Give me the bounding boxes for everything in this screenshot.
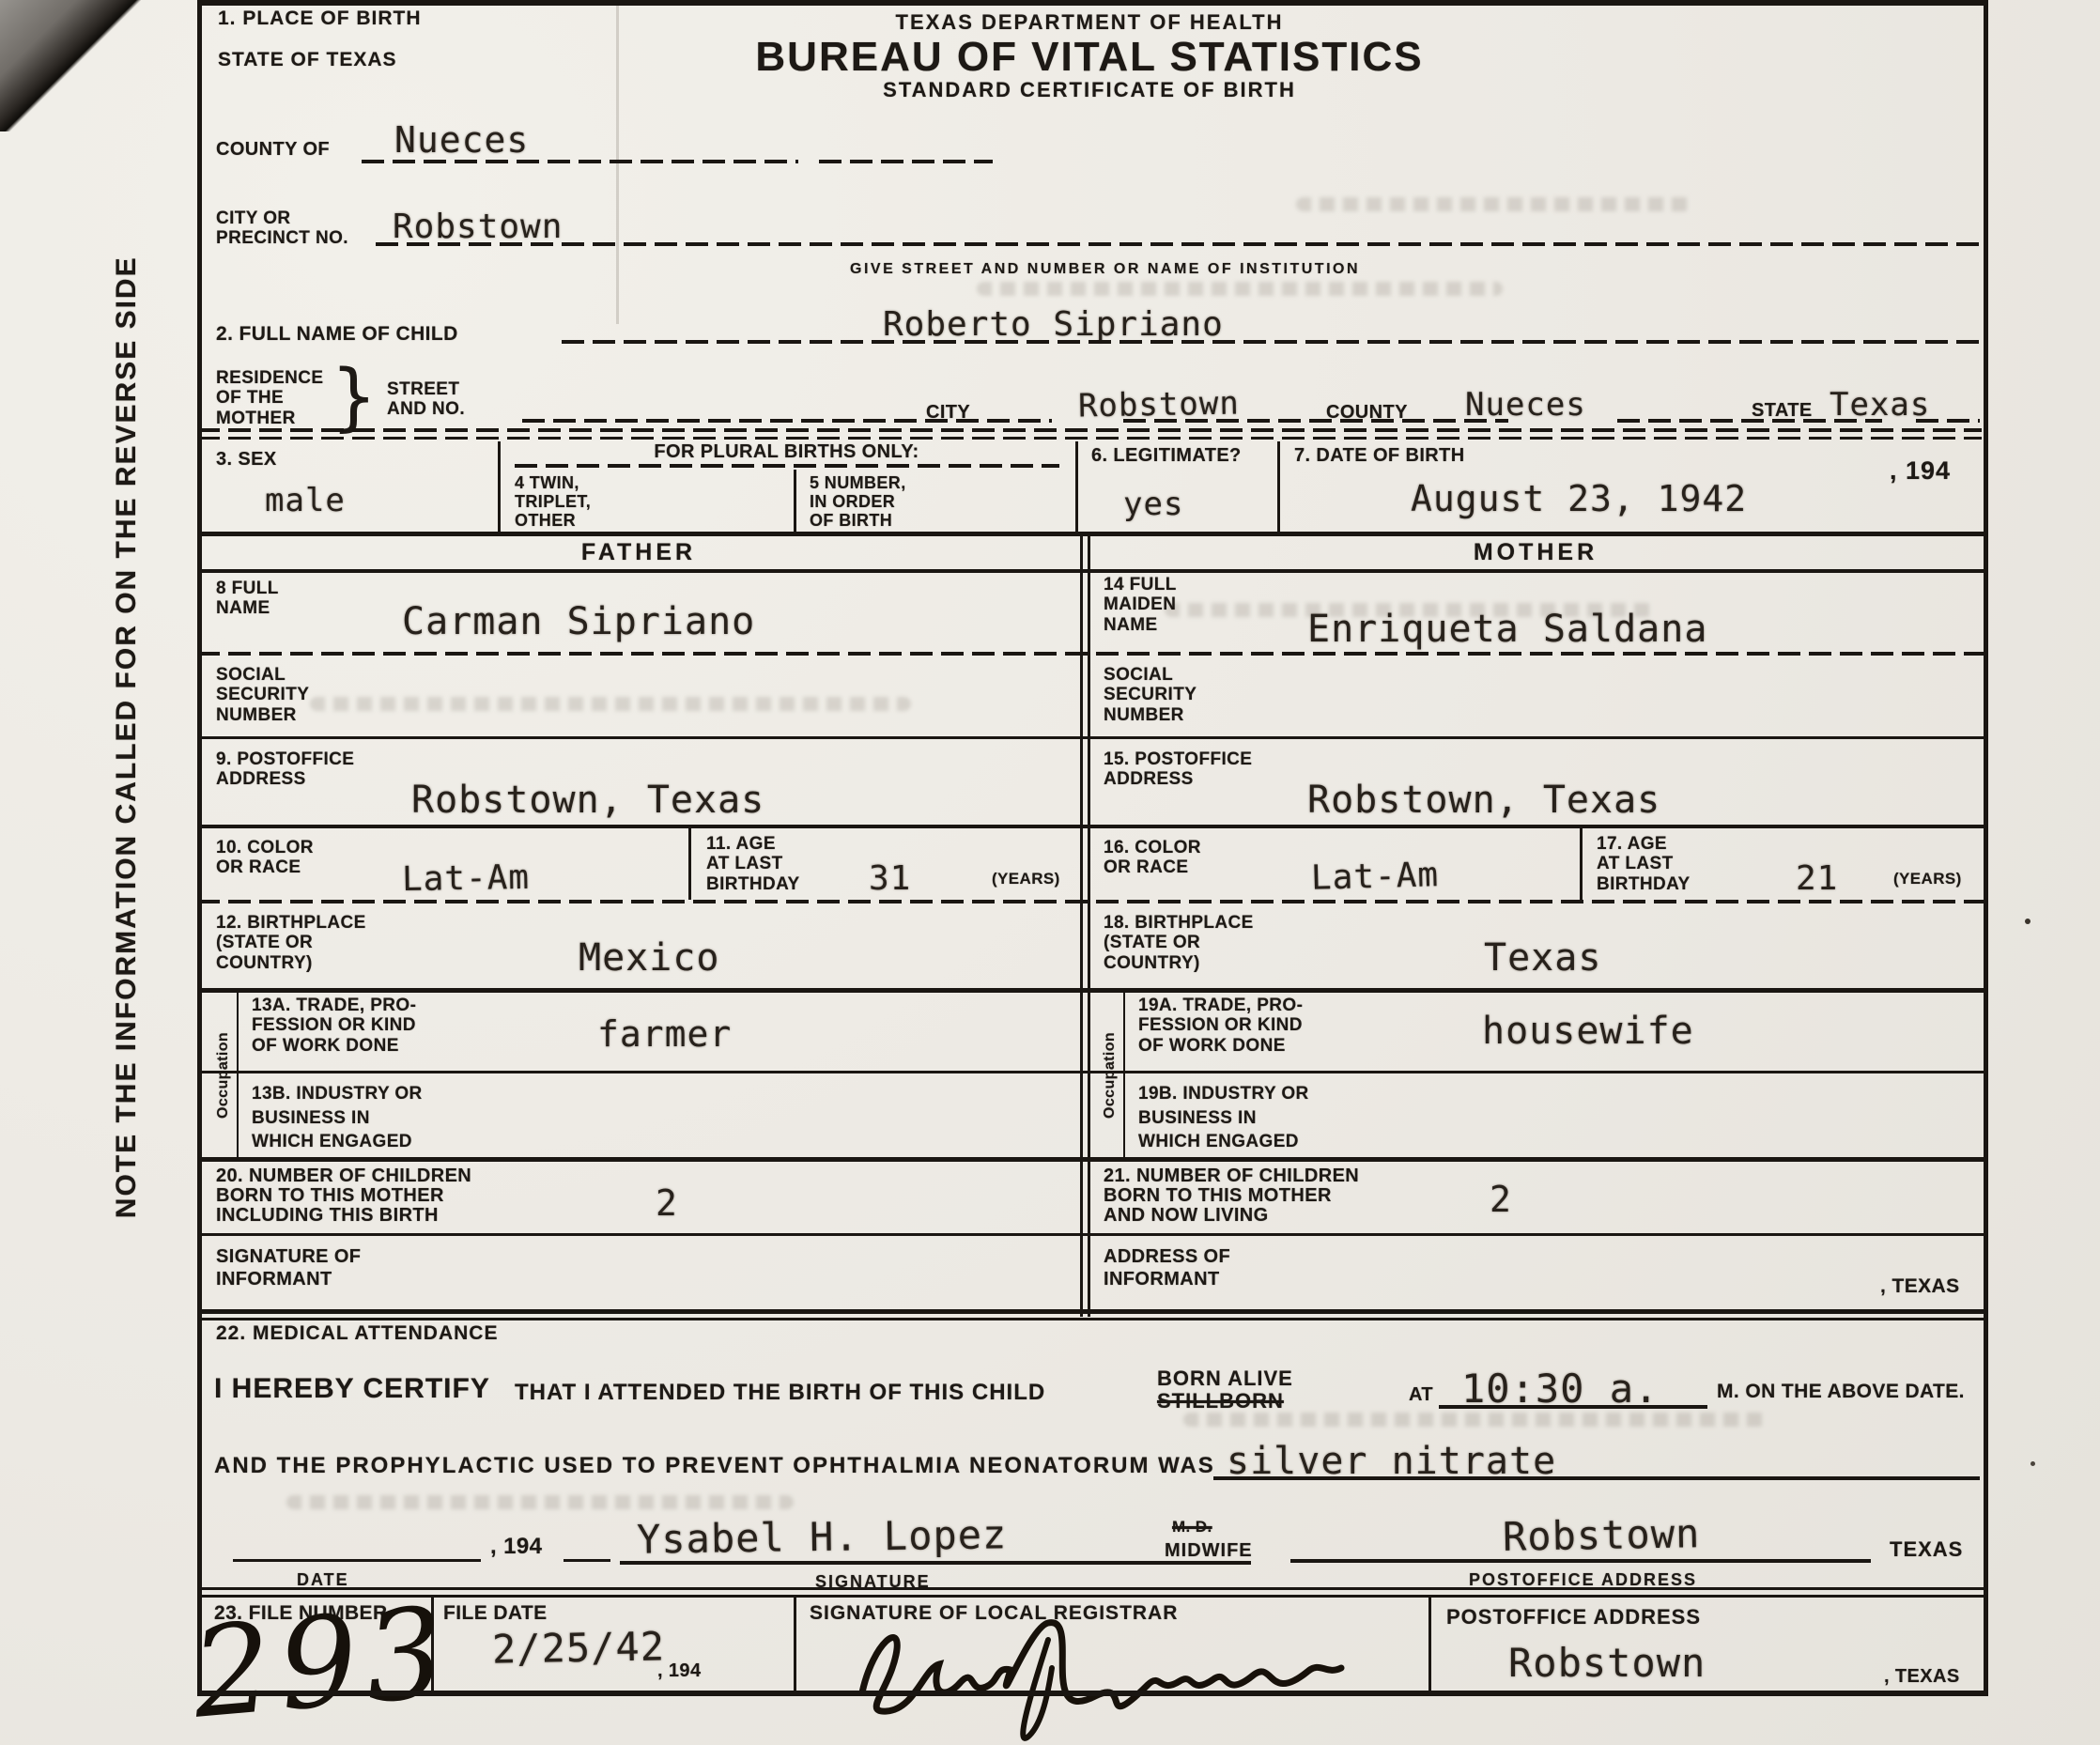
children-living-label-line3: AND NOW LIVING <box>1104 1206 1359 1226</box>
sex-label: 3. SEX <box>216 449 277 470</box>
bleed-through-smudge <box>310 697 911 711</box>
father-birthplace-label-line3: COUNTRY) <box>216 953 366 973</box>
twin-label-line2: TRIPLET, <box>515 492 591 511</box>
mother-race-label-line2: OR RACE <box>1104 857 1201 877</box>
informant-signature-label-line2: INFORMANT <box>216 1268 361 1290</box>
mother-race-label-line1: 16. COLOR <box>1104 838 1201 857</box>
mother-birthplace-label-line1: 18. BIRTHPLACE <box>1104 913 1254 933</box>
form-left-border <box>197 0 202 1696</box>
father-birthplace-label-line2: (STATE OR <box>216 933 366 952</box>
father-age-label-line3: BIRTHDAY <box>706 874 800 894</box>
rule-under-ssn <box>197 736 1984 739</box>
rule-under-counts <box>197 1233 1984 1236</box>
informant-address-label-line2: INFORMANT <box>1104 1268 1230 1290</box>
father-ssn-label-line3: NUMBER <box>216 705 309 725</box>
mother-trade-label-line1: 19A. TRADE, PRO- <box>1138 996 1303 1015</box>
father-birthplace-value: Mexico <box>579 939 720 977</box>
prophylactic-value: silver nitrate <box>1227 1443 1556 1480</box>
rule-under-trade <box>197 1071 1984 1073</box>
birth-order-label-line1: 5 NUMBER, <box>810 473 906 492</box>
mother-po-label-line2: ADDRESS <box>1104 769 1252 789</box>
informant-address-label: ADDRESS OF INFORMANT <box>1104 1245 1230 1290</box>
mother-ssn-label: SOCIAL SECURITY NUMBER <box>1104 665 1197 725</box>
mother-age-label-line3: BIRTHDAY <box>1597 874 1691 894</box>
mother-industry-label-line2: BUSINESS IN <box>1138 1106 1309 1131</box>
rule-medical-top-b <box>197 1318 1984 1320</box>
city-precinct-label-line2: PRECINCT NO. <box>216 228 348 248</box>
father-industry-label-line3: WHICH ENGAGED <box>252 1130 423 1154</box>
residence-county-label: COUNTY <box>1326 402 1408 423</box>
born-alive-label: BORN ALIVE <box>1157 1367 1293 1391</box>
scan-speck <box>2025 919 2031 924</box>
registrar-signature <box>845 1602 1371 1743</box>
center-divider-a <box>1080 532 1083 1317</box>
mother-industry-label-line3: WHICH ENGAGED <box>1138 1130 1309 1154</box>
bleed-through-smudge <box>1183 1413 1766 1427</box>
children-born-label-line2: BORN TO THIS MOTHER <box>216 1186 471 1206</box>
certificate-subtitle: STANDARD CERTIFICATE OF BIRTH <box>657 79 1521 102</box>
residence-city-label: CITY <box>926 402 970 423</box>
mother-industry-label: 19B. INDUSTRY OR BUSINESS IN WHICH ENGAG… <box>1138 1082 1309 1154</box>
father-age-value: 31 <box>869 862 911 896</box>
mother-section-title: MOTHER <box>1088 539 1984 565</box>
father-trade-label-line2: FESSION OR KIND <box>252 1015 416 1035</box>
child-name-label: 2. FULL NAME OF CHILD <box>216 323 458 346</box>
mother-age-label-line2: AT LAST <box>1597 854 1691 873</box>
informant-state-print: , TEXAS <box>1880 1275 1959 1298</box>
attendant-year-print: , 194 <box>490 1535 542 1560</box>
father-po-label-line2: ADDRESS <box>216 769 354 789</box>
informant-signature-label-line1: SIGNATURE OF <box>216 1245 361 1268</box>
file-date-label: FILE DATE <box>443 1602 548 1625</box>
rule-medical-top-a <box>197 1309 1984 1314</box>
street-label: STREET AND NO. <box>387 379 465 420</box>
mother-age-value: 21 <box>1796 862 1838 896</box>
dob-label: 7. DATE OF BIRTH <box>1294 445 1465 466</box>
mother-age-label-line1: 17. AGE <box>1597 834 1691 854</box>
mother-age-label: 17. AGE AT LAST BIRTHDAY <box>1597 834 1691 894</box>
father-trade-label-line1: 13A. TRADE, PRO- <box>252 996 416 1015</box>
filing-year-print: , 194 <box>657 1660 701 1681</box>
city-precinct-label-line1: CITY OR <box>216 208 348 228</box>
residence-label-line3: MOTHER <box>216 409 323 428</box>
mother-trade-label-line3: OF WORK DONE <box>1138 1036 1303 1056</box>
father-name-value: Carman Sipriano <box>402 603 755 641</box>
informant-signature-label: SIGNATURE OF INFORMANT <box>216 1245 361 1290</box>
form-top-border <box>197 0 1987 6</box>
street-label-line2: AND NO. <box>387 399 465 419</box>
attendant-date-line <box>233 1559 481 1562</box>
department-line: TEXAS DEPARTMENT OF HEALTH <box>657 11 1521 35</box>
father-ssn-label-line2: SECURITY <box>216 685 309 704</box>
birth-time-value: 10:30 a. <box>1461 1369 1659 1409</box>
residence-state-line <box>1916 419 1980 423</box>
father-po-label-line1: 9. POSTOFFICE <box>216 749 354 769</box>
children-living-value: 2 <box>1490 1181 1512 1217</box>
residence-city-value: Robstown <box>1078 388 1240 423</box>
father-occupation-side-label: Occupation <box>215 1010 232 1141</box>
informant-address-label-line1: ADDRESS OF <box>1104 1245 1230 1268</box>
child-name-fill-line <box>562 340 1980 344</box>
twin-label-line3: OTHER <box>515 511 591 530</box>
residence-city-line <box>1123 419 1508 423</box>
attendant-date-line2 <box>564 1559 610 1562</box>
at-label: AT <box>1409 1384 1433 1405</box>
mother-occupation-side-label: Occupation <box>1102 1010 1119 1141</box>
mother-po-value: Robstown, Texas <box>1307 781 1660 819</box>
father-name-label: 8 FULL NAME <box>216 579 279 619</box>
children-living-label-line2: BORN TO THIS MOTHER <box>1104 1186 1359 1206</box>
plural-underline <box>515 464 1059 468</box>
birth-order-label-line2: IN ORDER <box>810 492 906 511</box>
filing-divider-2 <box>794 1595 796 1691</box>
county-of-label: COUNTY OF <box>216 139 330 160</box>
city-precinct-value: Robstown <box>393 210 563 244</box>
filing-po-value: Robstown <box>1508 1644 1706 1683</box>
attendant-state-label: TEXAS <box>1890 1538 1963 1562</box>
mother-po-label: 15. POSTOFFICE ADDRESS <box>1104 749 1252 790</box>
father-name-label-line1: 8 FULL <box>216 579 279 598</box>
filing-top-line-b <box>197 1595 1984 1598</box>
certify-rest: THAT I ATTENDED THE BIRTH OF THIS CHILD <box>515 1381 1045 1406</box>
prophylactic-fill-line <box>1213 1476 1980 1480</box>
father-section-title: FATHER <box>197 539 1080 565</box>
mother-ssn-label-line1: SOCIAL <box>1104 665 1197 685</box>
father-ssn-label: SOCIAL SECURITY NUMBER <box>216 665 309 725</box>
reverse-side-note: NOTE THE INFORMATION CALLED FOR ON THE R… <box>111 225 143 1249</box>
attendant-signature-line <box>620 1561 1251 1565</box>
city-fill-line <box>376 242 1980 246</box>
residence-county-value: Nueces <box>1465 389 1586 421</box>
father-years-label: (YEARS) <box>992 870 1060 888</box>
father-trade-value: farmer <box>597 1016 732 1052</box>
children-born-label: 20. NUMBER OF CHILDREN BORN TO THIS MOTH… <box>216 1166 471 1226</box>
attendant-po-line <box>1290 1559 1871 1563</box>
bureau-title: BUREAU OF VITAL STATISTICS <box>601 34 1578 80</box>
father-race-label-line2: OR RACE <box>216 857 314 877</box>
father-race-age-divider <box>688 828 691 900</box>
father-po-label: 9. POSTOFFICE ADDRESS <box>216 749 354 790</box>
children-born-value: 2 <box>656 1185 678 1221</box>
residence-state-value: Texas <box>1830 389 1930 421</box>
residence-separator-1 <box>197 428 1982 432</box>
mother-years-label: (YEARS) <box>1893 870 1962 888</box>
sex-value: male <box>265 485 346 517</box>
father-ssn-label-line1: SOCIAL <box>216 665 309 685</box>
form-right-border <box>1984 0 1988 1696</box>
county-fill-line <box>362 160 798 163</box>
mother-name-label-line1: 14 FULL <box>1104 575 1177 595</box>
residence-brace: } <box>331 361 378 434</box>
mother-po-label-line1: 15. POSTOFFICE <box>1104 749 1252 769</box>
mother-race-age-divider <box>1580 828 1583 900</box>
residence-state-label: STATE <box>1752 400 1813 421</box>
plural-births-label: FOR PLURAL BIRTHS ONLY: <box>498 441 1075 462</box>
father-birthplace-label: 12. BIRTHPLACE (STATE OR COUNTRY) <box>216 913 366 973</box>
residence-label-line2: OF THE <box>216 388 323 408</box>
legitimate-value: yes <box>1123 488 1183 520</box>
father-name-label-line2: NAME <box>216 598 279 618</box>
stillborn-label: STILLBORN <box>1157 1390 1284 1413</box>
row3-divider-3 <box>1075 441 1078 533</box>
rule-under-names <box>197 652 1984 656</box>
mother-race-value: Lat-Am <box>1311 858 1440 896</box>
residence-separator-2 <box>197 437 1982 440</box>
father-race-value: Lat-Am <box>402 861 531 897</box>
form-bottom-border <box>197 1691 1987 1696</box>
above-date-suffix: M. ON THE ABOVE DATE. <box>1717 1381 1965 1403</box>
birth-order-label: 5 NUMBER, IN ORDER OF BIRTH <box>810 473 906 530</box>
mother-ssn-label-line2: SECURITY <box>1104 685 1197 704</box>
bleed-through-smudge <box>977 282 1503 296</box>
place-of-birth-label: 1. PLACE OF BIRTH <box>218 8 422 30</box>
father-industry-label-line2: BUSINESS IN <box>252 1106 423 1131</box>
residence-label: RESIDENCE OF THE MOTHER <box>216 368 323 428</box>
mother-name-label-line2: MAIDEN <box>1104 595 1177 614</box>
medical-attendance-label: 22. MEDICAL ATTENDANCE <box>216 1322 498 1345</box>
mother-name-label-line3: NAME <box>1104 615 1177 635</box>
filing-po-label: POSTOFFICE ADDRESS <box>1446 1606 1701 1629</box>
mother-birthplace-label-line2: (STATE OR <box>1104 933 1254 952</box>
county-fill-line2 <box>819 160 993 163</box>
city-precinct-label: CITY OR PRECINCT NO. <box>216 208 348 249</box>
filing-state-label: , TEXAS <box>1884 1666 1960 1687</box>
father-trade-label-line3: OF WORK DONE <box>252 1036 416 1056</box>
father-trade-label: 13A. TRADE, PRO- FESSION OR KIND OF WORK… <box>252 996 416 1056</box>
residence-label-line1: RESIDENCE <box>216 368 323 388</box>
mother-birthplace-label: 18. BIRTHPLACE (STATE OR COUNTRY) <box>1104 913 1254 973</box>
mother-occupation-bracket <box>1123 992 1125 1157</box>
prophylactic-text: AND THE PROPHYLACTIC USED TO PREVENT OPH… <box>214 1454 1215 1479</box>
scan-corner-artifact <box>0 0 141 131</box>
mother-ssn-label-line3: NUMBER <box>1104 705 1197 725</box>
twin-label-line1: 4 TWIN, <box>515 473 591 492</box>
institution-note: GIVE STREET AND NUMBER OR NAME OF INSTIT… <box>850 261 1360 278</box>
mother-name-value: Enriqueta Saldana <box>1307 610 1707 648</box>
father-age-label-line2: AT LAST <box>706 854 800 873</box>
father-race-label: 10. COLOR OR RACE <box>216 838 314 878</box>
twin-label: 4 TWIN, TRIPLET, OTHER <box>515 473 591 530</box>
mother-name-label: 14 FULL MAIDEN NAME <box>1104 575 1177 635</box>
father-race-label-line1: 10. COLOR <box>216 838 314 857</box>
row3-divider-2 <box>794 470 796 533</box>
father-occupation-bracket <box>237 992 239 1157</box>
file-number-value: 293 <box>187 1580 457 1745</box>
row3-divider-4 <box>1277 441 1280 533</box>
rule-under-po <box>197 825 1984 828</box>
children-living-label: 21. NUMBER OF CHILDREN BORN TO THIS MOTH… <box>1104 1166 1359 1226</box>
county-of-value: Nueces <box>394 122 529 158</box>
father-birthplace-label-line1: 12. BIRTHPLACE <box>216 913 366 933</box>
children-living-label-line1: 21. NUMBER OF CHILDREN <box>1104 1166 1359 1186</box>
children-born-label-line3: INCLUDING THIS BIRTH <box>216 1206 471 1226</box>
legitimate-label: 6. LEGITIMATE? <box>1091 445 1242 466</box>
child-name-value: Roberto Sipriano <box>883 308 1224 342</box>
attendant-po-value: Robstown <box>1503 1514 1701 1557</box>
father-industry-label-line1: 13B. INDUSTRY OR <box>252 1082 423 1106</box>
father-po-value: Robstown, Texas <box>411 781 764 819</box>
center-divider-b <box>1088 532 1090 1317</box>
dob-value: August 23, 1942 <box>1411 481 1747 517</box>
father-age-label-line1: 11. AGE <box>706 834 800 854</box>
filing-divider-3 <box>1428 1595 1431 1691</box>
dob-year-print: , 194 <box>1890 456 1951 485</box>
attendant-signature-value: Ysabel H. Lopez <box>637 1515 1008 1560</box>
mother-birthplace-label-line3: COUNTRY) <box>1104 953 1254 973</box>
rule-under-race <box>197 900 1984 903</box>
section-band-line <box>197 569 1984 573</box>
street-label-line1: STREET <box>387 379 465 399</box>
rule-under-birthplace <box>197 988 1984 993</box>
filing-top-line-a <box>197 1587 1984 1590</box>
mother-birthplace-value: Texas <box>1484 939 1601 977</box>
birth-certificate-scan: NOTE THE INFORMATION CALLED FOR ON THE R… <box>0 0 2100 1745</box>
birth-order-label-line3: OF BIRTH <box>810 511 906 530</box>
bleed-through-smudge <box>1296 197 1691 211</box>
certify-intro: I HEREBY CERTIFY <box>214 1373 490 1405</box>
row3-bottom-line <box>197 532 1984 536</box>
father-industry-label: 13B. INDUSTRY OR BUSINESS IN WHICH ENGAG… <box>252 1082 423 1154</box>
mother-trade-label-line2: FESSION OR KIND <box>1138 1015 1303 1035</box>
mother-trade-label: 19A. TRADE, PRO- FESSION OR KIND OF WORK… <box>1138 996 1303 1056</box>
bleed-through-smudge <box>286 1495 794 1509</box>
mother-race-label: 16. COLOR OR RACE <box>1104 838 1201 878</box>
file-date-value: 2/25/42 <box>492 1627 666 1669</box>
midwife-label: MIDWIFE <box>1165 1540 1253 1561</box>
street-fill-line <box>522 419 1052 423</box>
state-of-texas-label: STATE OF TEXAS <box>218 49 397 71</box>
children-born-label-line1: 20. NUMBER OF CHILDREN <box>216 1166 471 1186</box>
scan-speck <box>2031 1461 2035 1466</box>
mother-industry-label-line1: 19B. INDUSTRY OR <box>1138 1082 1309 1106</box>
time-fill-line <box>1439 1405 1707 1409</box>
rule-under-industry <box>197 1157 1984 1162</box>
mother-trade-value: housewife <box>1482 1012 1694 1050</box>
father-age-label: 11. AGE AT LAST BIRTHDAY <box>706 834 800 894</box>
md-label: M. D. <box>1172 1518 1212 1536</box>
